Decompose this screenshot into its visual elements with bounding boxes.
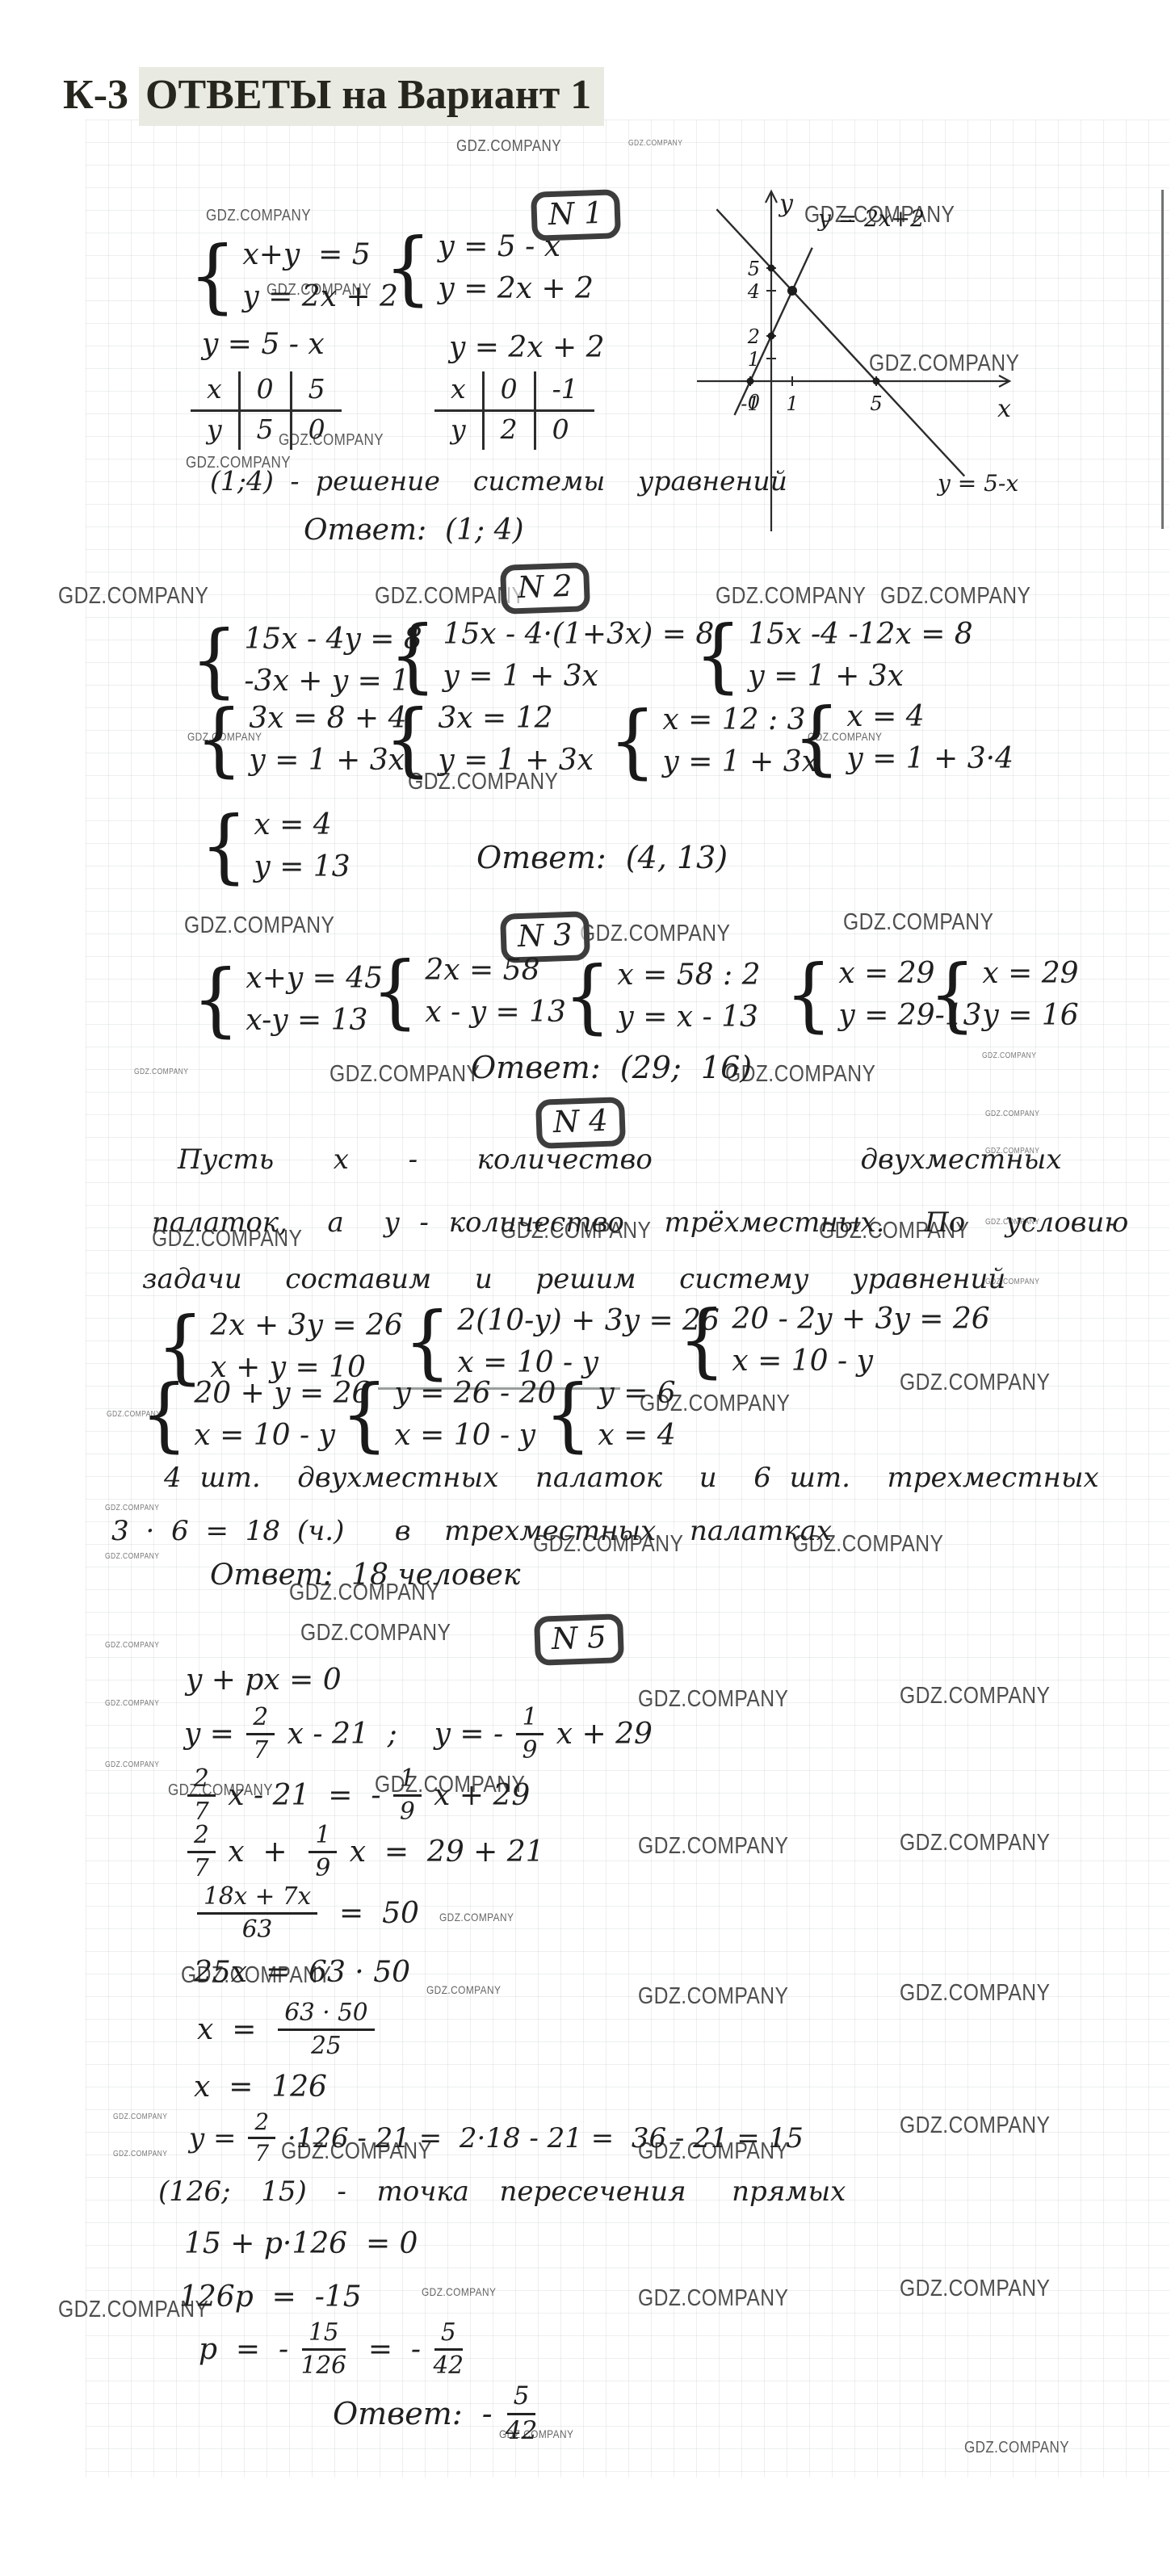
math-text-line: 3 · 6 = 18 (ч.) в трехместных палатках xyxy=(111,1515,832,1547)
math-text-line: y = 5 - x xyxy=(202,328,325,361)
equation-line: x-y = 13 xyxy=(246,1000,383,1042)
data-point xyxy=(768,265,775,272)
watermark: GDZ.COMPANY xyxy=(982,1051,1036,1060)
math-segment: x = xyxy=(197,2013,275,2046)
math-system: {y = 6x = 4 xyxy=(544,1373,676,1457)
math-segment: y = xyxy=(189,2122,245,2154)
equation-line: y = 5 - x xyxy=(438,226,594,268)
math-line: y = 27 x - 21 ; y = - 19 x + 29 xyxy=(184,1704,653,1764)
math-text-line: x = 126 xyxy=(194,2070,327,2104)
fraction: 19 xyxy=(308,1822,337,1882)
watermark: GDZ.COMPANY xyxy=(638,1833,788,1860)
system-brace: { xyxy=(544,1379,591,1451)
y-axis-label: y xyxy=(778,190,794,218)
math-line: x = 63 · 5025 xyxy=(197,1999,378,2060)
equation-line: 15x -4 -12x = 8 xyxy=(748,614,972,656)
math-system: {20 + y = 26x = 10 - y xyxy=(141,1373,370,1457)
watermark: GDZ.COMPANY xyxy=(105,1699,159,1708)
system-brace: { xyxy=(678,1305,725,1377)
watermark: GDZ.COMPANY xyxy=(900,1683,1050,1710)
equation-line: 2x + 3y = 26 xyxy=(210,1305,402,1347)
value-table-cell: x xyxy=(191,371,238,412)
math-line: y = 27 ·126 - 21 = 2·18 - 21 = 36 - 21 =… xyxy=(189,2109,804,2167)
equation-line: 2x = 58 xyxy=(425,950,566,992)
math-segment: x = 29 + 21 xyxy=(340,1836,544,1869)
math-segment: = 50 xyxy=(321,1897,419,1930)
watermark: GDZ.COMPANY xyxy=(580,921,730,947)
equation-line: x+y = 45 xyxy=(246,958,383,1000)
watermark: GDZ.COMPANY xyxy=(456,137,561,156)
system-brace: { xyxy=(384,233,431,304)
equation-line: y = 1 + 3·4 xyxy=(846,738,1014,780)
math-system: {x+y = 45x-y = 13 xyxy=(192,958,383,1042)
equation-line: y = 13 xyxy=(254,846,350,888)
system-brace: { xyxy=(141,1379,187,1451)
data-point xyxy=(768,333,775,340)
system-brace: { xyxy=(929,959,976,1031)
system-brace: { xyxy=(189,241,236,313)
fraction: 19 xyxy=(516,1704,544,1764)
math-text-line: 15 + p·126 = 0 xyxy=(184,2227,418,2260)
math-segment: p = - xyxy=(199,2333,298,2366)
equation-line: y = 1 + 3x xyxy=(438,740,594,782)
value-table-cell: 0 xyxy=(534,412,594,450)
watermark: GDZ.COMPANY xyxy=(300,1620,451,1647)
math-system: {y = 5 - xy = 2x + 2 xyxy=(384,226,594,310)
watermark: GDZ.COMPANY xyxy=(206,207,311,225)
task-number-box: N 2 xyxy=(500,562,590,615)
watermark: GDZ.COMPANY xyxy=(105,1504,159,1512)
scan-edge-line xyxy=(1161,190,1164,529)
y-tick-label: 4 xyxy=(747,280,760,303)
math-text-line: 4 шт. двухместных палаток и 6 шт. трехме… xyxy=(164,1462,1099,1494)
value-table-cell: 0 xyxy=(290,412,342,450)
x-axis-label: x xyxy=(997,395,1011,423)
system-brace: { xyxy=(785,959,832,1031)
watermark: GDZ.COMPANY xyxy=(638,1686,788,1713)
line1-label: y = 2x+2 xyxy=(816,205,925,232)
math-system: {3x = 8 + 4y = 1 + 3x xyxy=(195,698,407,782)
y-tick-label: 5 xyxy=(748,258,760,280)
watermark: GDZ.COMPANY xyxy=(843,909,993,936)
math-system: {20 - 2y + 3y = 26x = 10 - y xyxy=(678,1298,990,1382)
equation-line: 20 - 2y + 3y = 26 xyxy=(732,1298,989,1340)
page-title: К-3 ОТВЕТЫ на Вариант 1 xyxy=(63,71,604,119)
title-highlight: ОТВЕТЫ на Вариант 1 xyxy=(139,67,604,126)
math-segment: ·126 - 21 = 2·18 - 21 = 36 - 21 = 15 xyxy=(279,2122,804,2154)
equation-line: y = 16 xyxy=(982,995,1078,1037)
math-segment: x + 29 xyxy=(547,1718,653,1751)
equation-line: x = 29 xyxy=(982,953,1078,995)
system-brace: { xyxy=(793,703,840,774)
math-segment: Ответ: - xyxy=(333,2396,502,2431)
x-tick-label: 1 xyxy=(786,392,798,415)
math-system: {x = 29y = 16 xyxy=(929,953,1079,1037)
x-tick-label: 5 xyxy=(870,392,882,415)
system-brace: { xyxy=(341,1379,388,1451)
equation-line: y = 1 + 3x xyxy=(443,656,714,698)
x-tick-label: 0 xyxy=(748,391,760,413)
fraction: 27 xyxy=(248,2109,275,2167)
equation-line: x = 58 : 2 xyxy=(617,954,760,996)
watermark: GDZ.COMPANY xyxy=(329,1061,480,1088)
math-system: {15x - 4y = 8-3x + y = 1 xyxy=(191,619,422,703)
fraction: 19 xyxy=(393,1765,422,1826)
math-line: p = - 15126 = - 542 xyxy=(199,2319,467,2380)
line-y-2x-plus-2 xyxy=(735,248,812,415)
value-table: x0-1y20 xyxy=(434,371,594,450)
math-system: {x = 4y = 13 xyxy=(200,804,350,888)
math-segment: x - 21 ; y = - xyxy=(278,1718,512,1751)
task-number-box: N 5 xyxy=(534,1613,624,1666)
data-point xyxy=(747,378,754,385)
system-brace: { xyxy=(195,704,242,776)
equation-line: y = 1 + 3x xyxy=(748,656,972,698)
equation-line: x = 4 xyxy=(846,696,1014,738)
equation-line: x+y = 5 xyxy=(242,234,398,276)
value-table-cell: 5 xyxy=(290,371,342,412)
math-segment: x + xyxy=(219,1836,306,1869)
math-segment: x - 21 = - xyxy=(219,1779,390,1812)
fraction: 27 xyxy=(187,1822,216,1882)
value-table-cell: 5 xyxy=(238,412,290,450)
system-brace: { xyxy=(191,625,237,697)
math-text-line: (126; 15) - точка пересечения прямых xyxy=(158,2175,846,2208)
watermark: GDZ.COMPANY xyxy=(439,1911,514,1924)
y-tick-label: 2 xyxy=(747,325,760,348)
value-table-cell: 0 xyxy=(238,371,290,412)
system-brace: { xyxy=(609,706,656,778)
math-line: 27 x - 21 = - 19 x + 29 xyxy=(184,1765,530,1826)
y-tick-label: 1 xyxy=(748,348,760,371)
fraction: 15126 xyxy=(301,2319,346,2380)
equation-line: y = 2x + 2 xyxy=(438,268,594,310)
equation-line: y = x - 13 xyxy=(617,996,760,1038)
math-text-line: палаток, а y - количество трёхместных. П… xyxy=(152,1206,1128,1239)
equation-line: 15x - 4·(1+3x) = 8 xyxy=(443,614,714,656)
intersection-point xyxy=(787,286,797,296)
equation-line: y = 2x + 2 xyxy=(242,276,398,318)
system-brace: { xyxy=(371,956,418,1028)
fraction: 542 xyxy=(433,2319,464,2380)
math-text-line: Ответ: (1; 4) xyxy=(304,514,524,547)
value-table-cell: 2 xyxy=(482,412,534,450)
watermark: GDZ.COMPANY xyxy=(184,913,334,939)
fraction: 18x + 7x63 xyxy=(197,1883,317,1944)
system-brace: { xyxy=(564,961,611,1033)
math-text-line: y = 2x + 2 xyxy=(449,331,605,364)
math-system: {15x - 4·(1+3x) = 8y = 1 + 3x xyxy=(389,614,714,698)
watermark: GDZ.COMPANY xyxy=(900,1980,1050,2007)
equation-line: x = 10 - y xyxy=(394,1415,556,1457)
line2-label: y = 5-x xyxy=(936,470,1018,497)
math-system: {x+y = 5y = 2x + 2 xyxy=(189,234,398,318)
fraction: 27 xyxy=(246,1704,275,1764)
watermark: GDZ.COMPANY xyxy=(716,583,866,610)
watermark: GDZ.COMPANY xyxy=(900,2112,1050,2139)
value-table: x05y50 xyxy=(191,371,342,450)
data-point xyxy=(873,378,880,385)
equation-line: x = 10 - y xyxy=(732,1340,989,1382)
math-text-line: Ответ: 18 человек xyxy=(210,1559,520,1592)
math-text-line: y + px = 0 xyxy=(186,1663,342,1697)
watermark: GDZ.COMPANY xyxy=(900,1830,1050,1856)
math-text-line: 25x = 63 · 50 xyxy=(194,1956,410,1989)
value-table-cell: y xyxy=(434,412,482,450)
task-number-box: N 4 xyxy=(535,1097,626,1149)
watermark: GDZ.COMPANY xyxy=(638,2285,788,2312)
math-line: 27 x + 19 x = 29 + 21 xyxy=(184,1822,544,1882)
watermark: GDZ.COMPANY xyxy=(134,1068,188,1076)
value-table-cell: y xyxy=(191,412,238,450)
equation-line: 3x = 12 xyxy=(438,698,594,740)
watermark: GDZ.COMPANY xyxy=(58,583,208,610)
value-table-cell: -1 xyxy=(534,371,594,412)
watermark: GDZ.COMPANY xyxy=(105,1641,159,1650)
math-text-line: Ответ: (29; 16) xyxy=(471,1050,752,1085)
watermark: GDZ.COMPANY xyxy=(426,1983,501,1996)
watermark: GDZ.COMPANY xyxy=(985,1110,1039,1118)
watermark: GDZ.COMPANY xyxy=(900,2276,1050,2302)
math-system: {x = 4y = 1 + 3·4 xyxy=(793,696,1014,780)
watermark: GDZ.COMPANY xyxy=(105,1552,159,1561)
math-system: {x = 58 : 2y = x - 13 xyxy=(564,954,761,1038)
math-line: 18x + 7x63 = 50 xyxy=(194,1883,419,1944)
value-table-cell: 0 xyxy=(482,371,534,412)
system-brace: { xyxy=(384,704,431,776)
value-table-cell: x xyxy=(434,371,482,412)
equation-line: x = 4 xyxy=(254,804,350,846)
system-brace: { xyxy=(404,1307,451,1378)
system-brace: { xyxy=(389,620,436,692)
math-text-line: Ответ: (4, 13) xyxy=(476,840,728,875)
watermark: GDZ.COMPANY xyxy=(628,139,682,148)
math-text-line: 126p = -15 xyxy=(179,2280,362,2314)
equation-line: 3x = 8 + 4 xyxy=(249,698,406,740)
fraction: 63 · 5025 xyxy=(278,1999,374,2060)
math-segment: x + 29 xyxy=(425,1779,531,1812)
equation-line: x = 4 xyxy=(598,1415,675,1457)
watermark: GDZ.COMPANY xyxy=(422,2285,496,2298)
equation-line: y = 6 xyxy=(598,1373,675,1415)
fraction: 27 xyxy=(187,1765,216,1826)
watermark: GDZ.COMPANY xyxy=(964,2439,1069,2457)
equation-line: y = 26 - 20 xyxy=(394,1373,556,1415)
equation-line: x - y = 13 xyxy=(425,992,566,1034)
equation-line: y = 1 + 3x xyxy=(249,740,406,782)
system-brace: { xyxy=(200,811,247,883)
graph-svg: 5421-1015y = 2x+2y = 5-xyx xyxy=(682,179,1038,559)
math-line: Ответ: - 542 xyxy=(333,2382,540,2446)
math-system: {15x -4 -12x = 8y = 1 + 3x xyxy=(695,614,973,698)
math-system: {3x = 12y = 1 + 3x xyxy=(384,698,594,782)
title-prefix: К-3 xyxy=(63,72,139,118)
math-segment: = - xyxy=(350,2333,430,2366)
math-system: {y = 26 - 20x = 10 - y xyxy=(341,1373,556,1457)
watermark: GDZ.COMPANY xyxy=(880,583,1030,610)
math-system: {x = 12 : 3y = 1 + 3x xyxy=(609,699,818,783)
watermark: GDZ.COMPANY xyxy=(105,1760,159,1769)
system-brace: { xyxy=(192,964,239,1036)
system-brace: { xyxy=(695,620,741,692)
watermark: GDZ.COMPANY xyxy=(113,2150,167,2159)
math-segment: y = xyxy=(184,1718,243,1751)
fraction: 542 xyxy=(506,2382,538,2446)
watermark: GDZ.COMPANY xyxy=(638,1983,788,2010)
watermark: GDZ.COMPANY xyxy=(113,2112,167,2121)
math-system: {2x = 58x - y = 13 xyxy=(371,950,566,1034)
math-text-line: Пусть x - количество двухместных xyxy=(178,1143,1062,1176)
math-text-line: задачи составим и решим систему уравнени… xyxy=(142,1263,1005,1295)
